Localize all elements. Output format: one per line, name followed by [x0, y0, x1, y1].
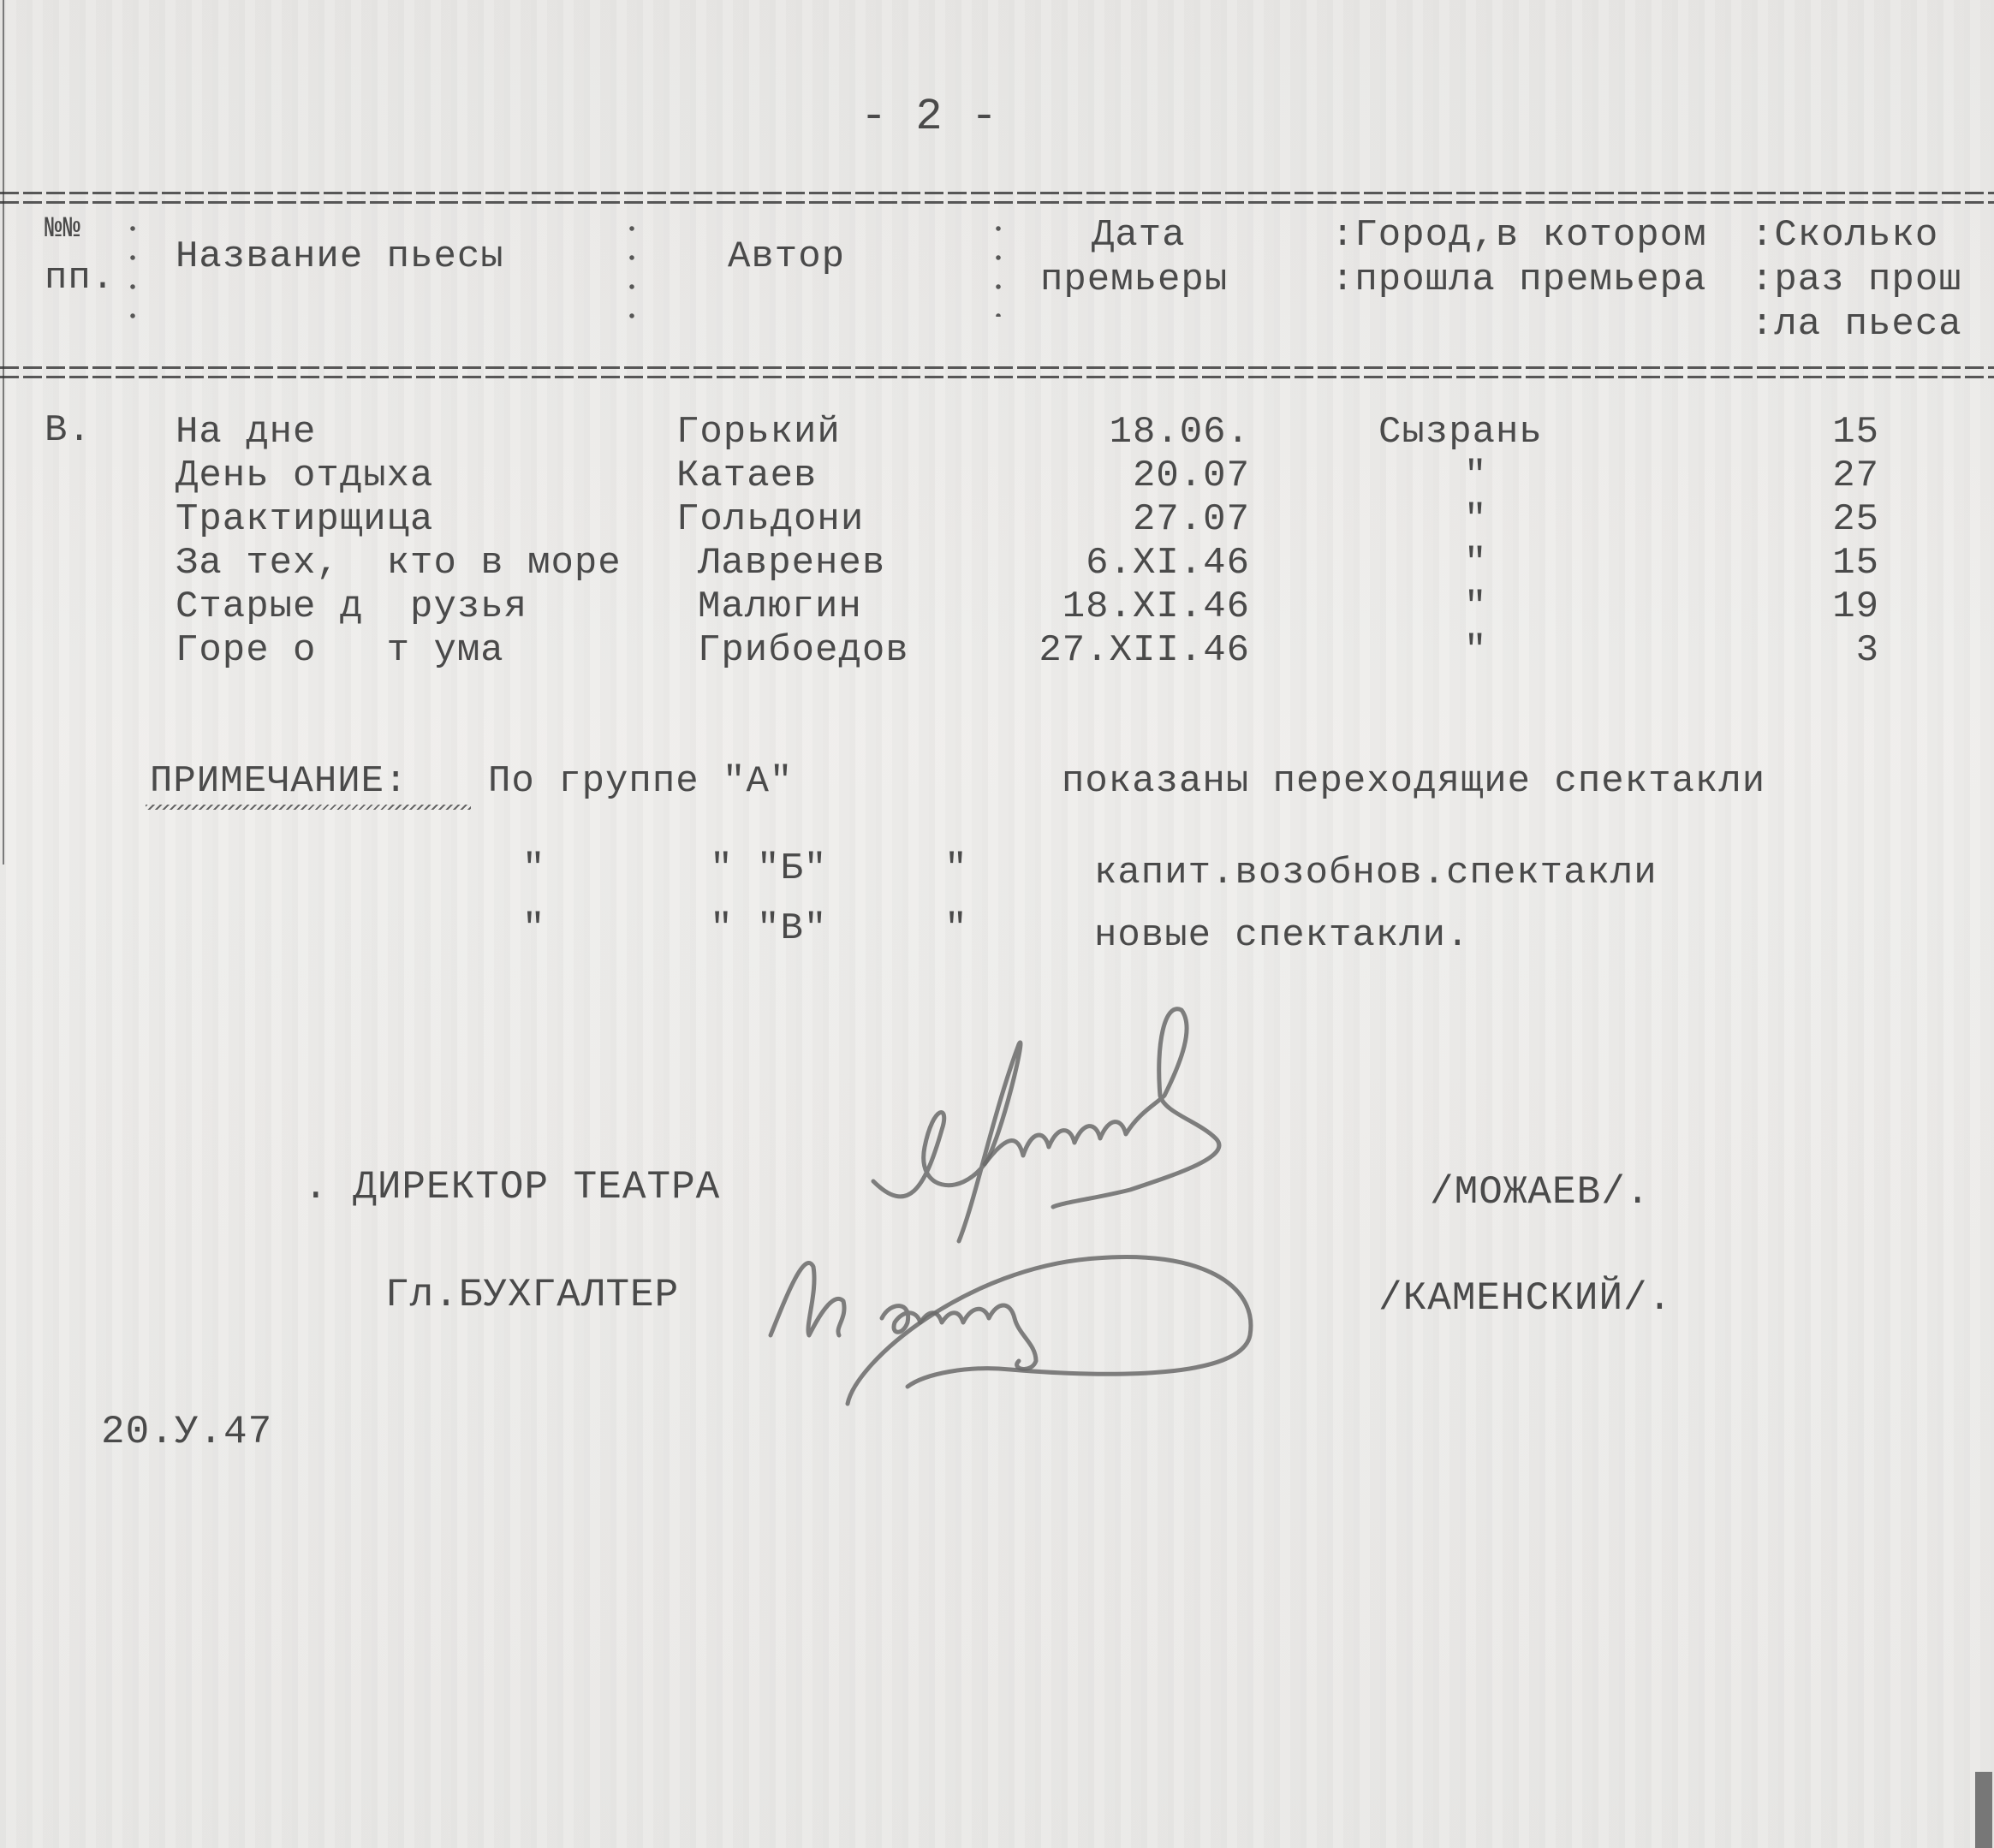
performance-count: 19 — [1832, 585, 1879, 628]
premiere-date: 27.XII.46 — [1039, 629, 1250, 672]
director-title: . ДИРЕКТОР ТЕАТРА — [304, 1166, 720, 1209]
accountant-signature — [753, 1215, 1404, 1438]
note-line-3-suffix: новые спектакли. — [1094, 914, 1469, 957]
play-author: Катаев — [676, 455, 817, 497]
premiere-city: " — [1464, 498, 1487, 541]
performance-count: 15 — [1832, 542, 1879, 585]
header-city-2: :прошла премьера — [1331, 258, 1706, 301]
premiere-city: " — [1464, 542, 1487, 585]
play-title: Старые д рузья — [176, 585, 527, 628]
header-date-2: премьеры — [1040, 258, 1228, 301]
performance-count: 25 — [1832, 498, 1879, 541]
premiere-date: 18.XI.46 — [1062, 585, 1250, 628]
note-line-3-prefix: " " "В" " — [522, 907, 968, 950]
header-bottom-rule — [0, 366, 1994, 378]
note-label-underline — [146, 805, 471, 810]
play-author: Грибоедов — [698, 629, 909, 672]
play-author: Малюгин — [698, 585, 862, 628]
accountant-title: Гл.БУХГАЛТЕР — [385, 1274, 679, 1316]
play-title: Горе о т ума — [176, 629, 504, 672]
note-line-1-prefix: По группе "А" — [488, 760, 793, 803]
performance-count: 3 — [1856, 629, 1879, 672]
header-date-1: Дата — [1092, 214, 1186, 257]
column-separator — [996, 214, 1001, 317]
premiere-date: 6.XI.46 — [1086, 542, 1250, 585]
premiere-date: 20.07 — [1133, 455, 1250, 497]
group-label: В. — [45, 409, 92, 452]
play-author: Лавренев — [698, 542, 885, 585]
page-edge-shadow — [1975, 1772, 1992, 1848]
premiere-city: Сызрань — [1378, 411, 1543, 454]
play-title: За тех, кто в море — [176, 542, 622, 585]
performance-count: 27 — [1832, 455, 1879, 497]
note-line-2-suffix: капит.возобнов.спектакли — [1094, 852, 1658, 894]
director-signature — [856, 976, 1507, 1250]
column-separator — [629, 214, 634, 342]
header-city-1: :Город,в котором — [1331, 214, 1706, 257]
note-line-2-prefix: " " "Б" " — [522, 847, 968, 890]
column-separator — [130, 214, 135, 342]
header-number-1: №№ — [45, 212, 81, 247]
page-edge-line — [3, 0, 4, 865]
play-title: Трактирщица — [176, 498, 433, 541]
premiere-date: 18.06. — [1110, 411, 1250, 454]
note-label: ПРИМЕЧАНИЕ: — [150, 760, 408, 803]
note-line-1-suffix: показаны переходящие спектакли — [1062, 760, 1765, 803]
accountant-name: /КАМЕНСКИЙ/. — [1378, 1277, 1672, 1320]
header-times-3: :ла пьеса — [1751, 303, 1962, 346]
play-title: На дне — [176, 411, 316, 454]
play-title: День отдыха — [176, 455, 433, 497]
header-author: Автор — [728, 235, 845, 278]
premiere-date: 27.07 — [1133, 498, 1250, 541]
page-number: - 2 - — [860, 96, 998, 139]
premiere-city: " — [1464, 629, 1487, 672]
premiere-city: " — [1464, 455, 1487, 497]
play-author: Гольдони — [676, 498, 864, 541]
premiere-city: " — [1464, 585, 1487, 628]
header-top-rule — [0, 192, 1994, 204]
header-title: Название пьесы — [176, 235, 504, 278]
performance-count: 15 — [1832, 411, 1879, 454]
header-times-2: :раз прош — [1751, 258, 1962, 301]
document-date: 20.У.47 — [101, 1411, 272, 1453]
header-times-1: :Сколько — [1751, 214, 1938, 257]
play-author: Горький — [676, 411, 841, 454]
header-number-2: пп. — [45, 257, 115, 300]
